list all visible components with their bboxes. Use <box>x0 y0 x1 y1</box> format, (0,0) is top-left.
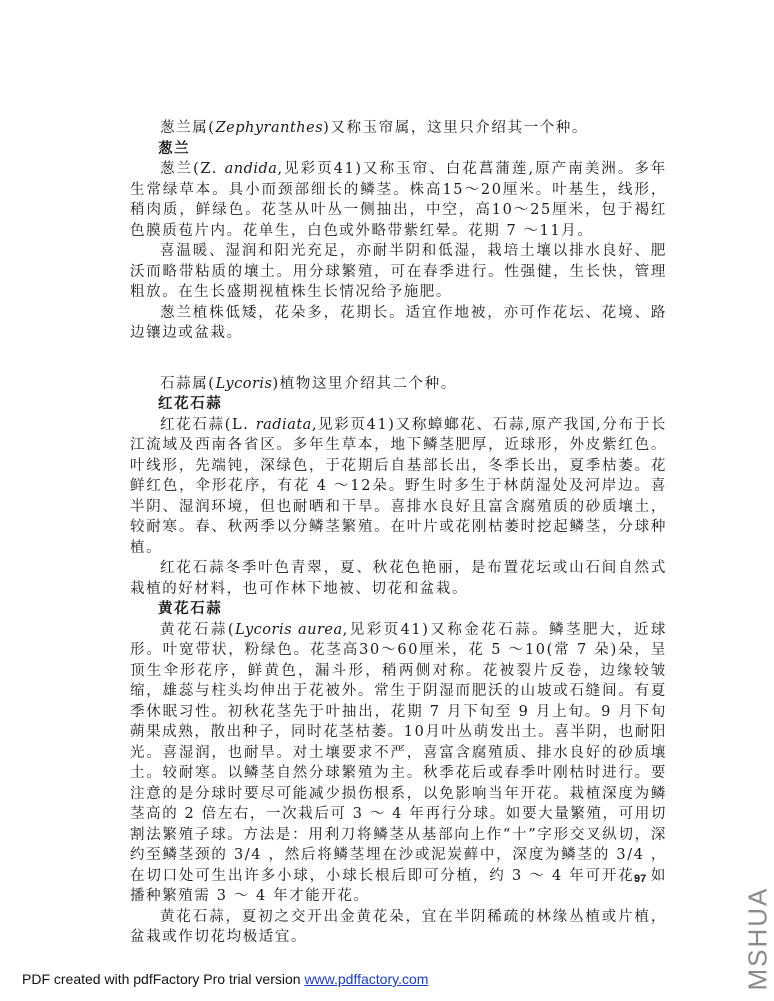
page-number: 97 <box>634 873 646 885</box>
paragraph: 黄花石蒜(Lycoris aurea,见彩页41)又称金花石蒜。鳞茎肥大，近球形… <box>130 620 667 907</box>
latin-name: Lycoris aurea <box>235 622 343 638</box>
intro-text: 葱兰属( <box>160 120 216 136</box>
para-text: 红花石蒜(L. <box>160 417 256 433</box>
latin-name: radiata <box>256 417 312 433</box>
latin-name: Lycoris <box>216 376 273 392</box>
latin-name: andida <box>225 161 278 177</box>
intro-text: )又称玉帘属，这里只介绍其一个种。 <box>323 120 588 136</box>
paragraph: 黄花石蒜，夏初之交开出金黄花朵，宜在半阴稀疏的林缘丛植或片植，盆栽或作切花均极适… <box>130 907 667 948</box>
genus-intro-lycoris: 石蒜属(Lycoris)植物这里介绍其二个种。 <box>130 374 667 395</box>
para-text: ,见彩页41)又称蟑螂花、石蒜,原产我国,分布于长江流域及西南各省区。多年生草本… <box>130 417 667 556</box>
para-text: 葱兰(Z. <box>160 161 225 177</box>
species-heading: 葱兰 <box>130 139 667 160</box>
paragraph: 红花石蒜冬季叶色青翠，夏、秋花色艳丽，是布置花坛或山石间自然式栽植的好材料，也可… <box>130 558 667 599</box>
para-text: 黄花石蒜( <box>160 622 235 638</box>
para-text: ,见彩页41)又称金花石蒜。鳞茎肥大，近球形。叶宽带状，粉绿色。花茎高30～60… <box>130 622 667 905</box>
pdffactory-link[interactable]: www.pdffactory.com <box>304 971 428 987</box>
watermark: MSHUA <box>743 891 774 991</box>
pdf-footer: PDF created with pdfFactory Pro trial ve… <box>22 971 428 987</box>
species-heading: 黄花石蒜 <box>130 599 667 620</box>
intro-text: 石蒜属( <box>160 376 216 392</box>
species-heading: 红花石蒜 <box>130 394 667 415</box>
paragraph: 喜温暖、湿润和阳光充足，亦耐半阴和低湿，栽培土壤以排水良好、肥沃而略带粘质的壤土… <box>130 241 667 303</box>
section-gap <box>130 344 667 374</box>
document-page: 葱兰属(Zephyranthes)又称玉帘属，这里只介绍其一个种。 葱兰 葱兰(… <box>130 118 667 948</box>
latin-name: Zephyranthes <box>216 120 324 136</box>
genus-intro-zephyranthes: 葱兰属(Zephyranthes)又称玉帘属，这里只介绍其一个种。 <box>130 118 667 139</box>
paragraph: 葱兰植株低矮，花朵多，花期长。适宜作地被，亦可作花坛、花境、路边镶边或盆栽。 <box>130 303 667 344</box>
footer-text: PDF created with pdfFactory Pro trial ve… <box>22 971 304 987</box>
paragraph: 红花石蒜(L. radiata,见彩页41)又称蟑螂花、石蒜,原产我国,分布于长… <box>130 415 667 559</box>
intro-text: )植物这里介绍其二个种。 <box>273 376 457 392</box>
paragraph: 葱兰(Z. andida,见彩页41)又称玉帘、白花菖蒲莲,原产南美洲。多年生常… <box>130 159 667 241</box>
